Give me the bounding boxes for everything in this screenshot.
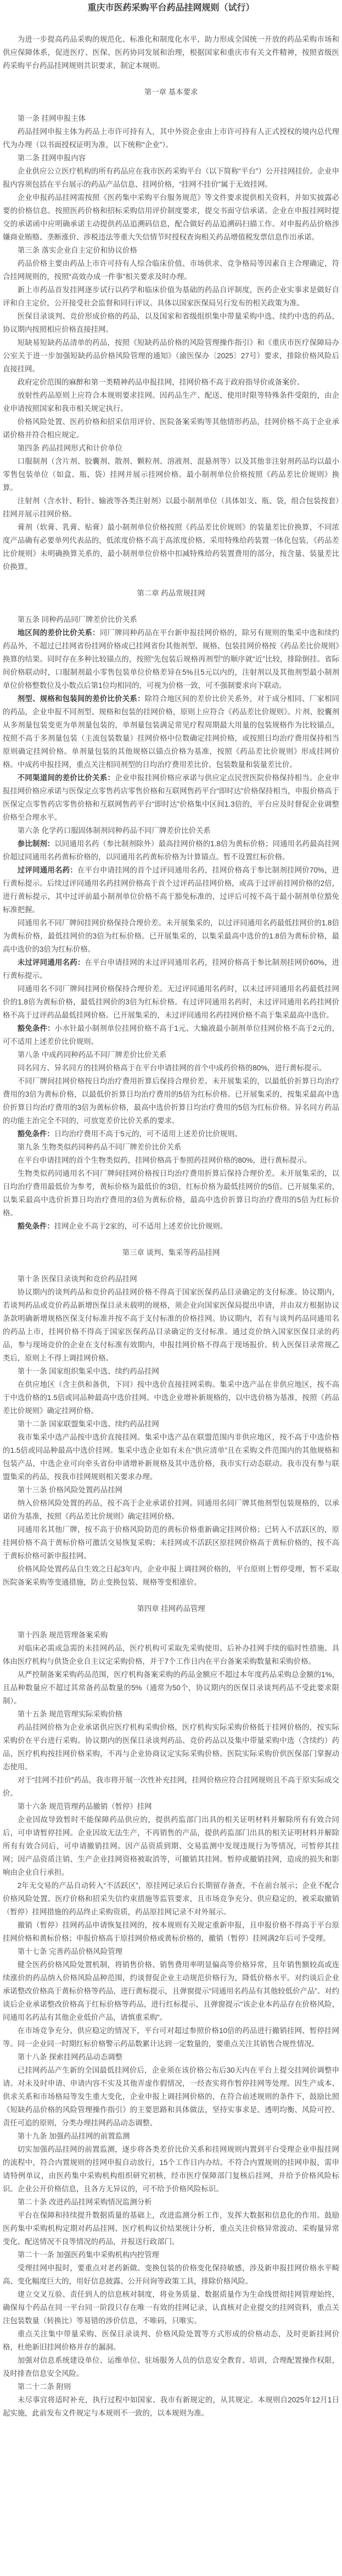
paragraph: 豁免条件：小水针最小制剂单位挂网价格不高于1元、大输液最小制剂单位挂网价格不高于… <box>3 1022 339 1048</box>
paragraph: 同通用名不同厂牌间挂网价格保持合理价差。未开展集采的，以过评同通用名药最低挂网价… <box>3 917 339 956</box>
paragraph: 同名同方、异名同方的挂网价格高于在平台申请挂网的首个中成药价格的80%，进行黄标… <box>3 1062 339 1075</box>
paragraph: 医保目录谈判、竞价形成价格的药品，以及国家和省级组织集中带量采购中选、续约中选的… <box>3 310 339 336</box>
chapter-heading: 第一章 基本要求 <box>3 86 339 99</box>
paragraph: 价格风险处置、医药价格和招采信用评价、医院备案采购等其他情形药品，挂网价格不高于… <box>3 415 339 442</box>
paragraph: 在市场竞争充分、供应稳定的情况下，平台可对超过参照价格10倍的药品进行撤销挂网、… <box>3 2024 339 2051</box>
paragraph-lead: 豁免条件： <box>18 1130 54 1138</box>
paragraph: 政府定价范围的麻醉和第一类精神药品申报挂网，挂网价格不高于政府指导价或备案价。 <box>3 376 339 389</box>
paragraph: 过评同通用名药：在平台申请挂网的首个过评同通用名药，挂网价格高于参比制剂挂网价7… <box>3 864 339 917</box>
paragraph: 地区间的差价比价关系：同厂牌同种药品在平台新申报挂网价格的，除另有规则的集采中选… <box>3 626 339 692</box>
document-body: 为进一步提高药品采购的规范化、标准化和制度化水平，助力形成全国统一开放的药品采购… <box>3 33 339 2420</box>
paragraph: 从严控制备案采购药品范围，医疗机构备案采购的药品金额应不超过本年度药品采购总金额… <box>3 1668 339 1708</box>
paragraph: 我市集采中选产品按中选价直接挂网。集采中选产品在联盟范围内非供应地区，按不高于中… <box>3 1431 339 1484</box>
paragraph: 参比制剂：以同通用名药（参比制剂除外）最高挂网价格的1.8倍为黄标价格；同通用名… <box>3 837 339 864</box>
paragraph: 为进一步提高药品采购的规范化、标准化和制度化水平，助力形成全国统一开放的药品采购… <box>3 33 339 73</box>
paragraph: 撤销（暂停）挂网药品申请恢复挂网的，按本规则有关规定重新申报，且申报价格不得高于… <box>3 1919 339 1945</box>
article-heading: 第二十二条 附则 <box>3 2380 339 2394</box>
paragraph: 健全医药价格风险处置机制，将销售价格、销售费用率明显偏高等价格异常，且年销售额较… <box>3 1958 339 2024</box>
article-heading: 第十六条 规范管理药品撤销（暂停）挂网 <box>3 1800 339 1813</box>
paragraph: 平台在保障和持续提升数据质量的基础上，改进监测分析工作，发挥大数据和信息化的作用… <box>3 2209 339 2249</box>
article-heading: 第八条 中成药同种药品不同厂牌差价比价关系 <box>3 1048 339 1062</box>
document-title: 重庆市医药采购平台药品挂网规则（试行） <box>3 2 339 14</box>
article-heading: 第四条 药品挂网形式和计价单位 <box>3 442 339 455</box>
article-heading: 第五条 同种药品同厂牌差价比价关系 <box>3 613 339 626</box>
paragraph: 协议期内的谈判药品和竞价药品挂网价格不得高于国家医保药品目录确定的支付标准。协议… <box>3 1286 339 1365</box>
paragraph: 未尽事宜将适时补充，执行过程中如国家、我市有新规定的，从其规定。本规则自2025… <box>3 2394 339 2420</box>
paragraph: 已挂网药品产生新的全国最低挂网价后，企业须在该价格公布后30天内在平台上提交挂网… <box>3 2064 339 2130</box>
paragraph: 纳入价格风险处置的药品，按不高于企业承诺价挂网。同通用名同厂牌其他剂型包装规格的… <box>3 1497 339 1523</box>
paragraph-lead: 不同渠道间的差价比价关系： <box>18 774 115 782</box>
paragraph: 注射剂（含水针、粉针、输液等各类注射剂）以最小制剂单位（具体如支、瓶、袋，组合包… <box>3 495 339 521</box>
article-heading: 第六条 化学药口服固体制剂同种药品不同厂牌差价比价关系 <box>3 824 339 837</box>
paragraph: 同通用名其他厂牌，按不高于价格风险防范的黄标价格重新确定挂网价格；已转入不活跃区… <box>3 1523 339 1563</box>
paragraph-lead: 过评同通用名药： <box>18 866 77 874</box>
paragraph: 不同渠道间的差价比价关系：企业申报挂网价格应承诺与供应定点民营医院价格保持相当。… <box>3 771 339 824</box>
paragraph: 未过评同通用名药：在平台申请挂网的未过评同通用名药，挂网价格高于参比制剂挂网价6… <box>3 956 339 982</box>
paragraph: 药品价格主要由药品上市许可持有人综合临床价值、市场供求、竞争格局等因素自主合理确… <box>3 257 339 284</box>
paragraph: 对临床必需或急需的未挂网药品，医疗机构可采取先采购使用、后补办挂网手续的临时性措… <box>3 1642 339 1668</box>
article-heading: 第二十条 改进药品挂网采购情况监测分析 <box>3 2196 339 2209</box>
article-heading: 第二十一条 加强医药集中采购机构内控管理 <box>3 2249 339 2262</box>
article-heading: 第十条 医保目录谈判和竞价药品挂网 <box>3 1273 339 1286</box>
paragraph: 药品挂网申报主体为药品上市许可持有人，其中外资企业由上市许可持有人正式授权的境内… <box>3 125 339 152</box>
article-heading: 第十三条 价格风险处置药品挂网 <box>3 1484 339 1497</box>
document-page: 重庆市医药采购平台药品挂网规则（试行） 为进一步提高药品采购的规范化、标准化和制… <box>0 0 342 2576</box>
paragraph: 在供应地区（含主供和备供，下同）按中选价直接挂网采购。集采中选产品在非供应地区，… <box>3 1378 339 1418</box>
paragraph: 价格风险处置药品自生效之日起3年内，企业申报上调挂网价格的，平台原则上暂停受理，… <box>3 1563 339 1589</box>
paragraph: 口服制剂（含片剂、胶囊剂、散剂、颗粒剂、溶液剂、混悬剂等）以及其他非注射剂药品均… <box>3 455 339 495</box>
article-heading: 第十一条 国家组织集采中选、续约药品挂网 <box>3 1365 339 1378</box>
paragraph: 放射性药品原则上应符合本规则要求挂网。因药品生产、配送、使用时限等特殊条件受限的… <box>3 389 339 415</box>
paragraph: 企业供应公立医疗机构的所有药品应在我市医药采购平台（以下简称“平台”）公开挂网挂… <box>3 165 339 191</box>
paragraph: 膏剂（软膏、乳膏、贴膏）最小制剂单位价格按照《药品差比价规则》的装量差比价换算，… <box>3 521 339 574</box>
paragraph: 加强对信息系统建设单位、运维单位、驻场服务人员的信息安全教育、培训，合理配置操作… <box>3 2354 339 2380</box>
paragraph: 短缺易短缺药品清单的药品，按照《短缺药品价格的风险管理操作指引》和《重庆市医疗保… <box>3 336 339 376</box>
paragraph: 受理挂网申报时，要重点对老药新做、变换包装的价格变化保持敏感，涉及新申报挂网价格… <box>3 2262 339 2288</box>
paragraph: 同通用名不同厂牌间挂网价格保持合理价差。无过评同通用名药时，以未过评同通用名药最… <box>3 982 339 1022</box>
paragraph: 剂型、规格和包装间的差价比价关系：除符合地区间的差价比价关系外，对于成分相同、厂… <box>3 692 339 771</box>
paragraph: 切实加强药品挂网的前置监测，逐步将各类差价比价关系和挂网规则内置到平台受理企业申… <box>3 2143 339 2196</box>
article-heading: 第二条 挂网申报内容 <box>3 152 339 165</box>
paragraph: 不同厂牌间挂网价格按日均治疗费用折算后保持合理价差。未开展集采的，以最低价折算日… <box>3 1075 339 1128</box>
chapter-heading: 第四章 挂网药品管理 <box>3 1602 339 1615</box>
paragraph: 企业因故导致暂时不能保障药品供应的，提供药监部门出具的相关证明材料并解除所有有效… <box>3 1813 339 1879</box>
article-heading: 第九条 生物类似药同种药品不同厂牌差价比价关系 <box>3 1141 339 1154</box>
paragraph-lead: 未过评同通用名药： <box>18 958 85 967</box>
paragraph: 2年无交易的产品自动转入“不活跃区”，原挂网记录后台长期留存备查，不在前台展示；… <box>3 1879 339 1919</box>
paragraph: 重点关注集中带量采购、医保目录谈判、价格风险处置等方式形成的价格动态，及时更新挂… <box>3 2328 339 2354</box>
paragraph: 建立交叉互验、责任到人的信息核对制度，将业务质量、数据质量作为生命线贯彻挂网管理… <box>3 2288 339 2328</box>
paragraph: 新上市药品首发挂网逐步试行以药学和临床价值为基础的药品自评制度，医药企业实事求是… <box>3 284 339 310</box>
paragraph-lead: 豁免条件： <box>18 1222 54 1230</box>
chapter-heading: 第二章 药品常规挂网 <box>3 587 339 600</box>
paragraph-lead: 剂型、规格和包装间的差价比价关系： <box>18 695 145 703</box>
article-heading: 第十八条 探索挂网药品动态调整 <box>3 2051 339 2064</box>
paragraph-lead: 地区间的差价比价关系： <box>18 629 100 637</box>
article-heading: 第十四条 规范管理备案采购 <box>3 1629 339 1642</box>
paragraph: 在平台申请挂网的首个生物类似药，挂网价格高于参照药挂网价格的80%，进行黄标提示… <box>3 1154 339 1167</box>
article-heading: 第十七条 完善药品价格风险管理 <box>3 1945 339 1958</box>
article-heading: 第十九条 加强药品挂网的前置监测 <box>3 2130 339 2143</box>
paragraph-lead: 参比制剂： <box>18 840 55 848</box>
paragraph-lead: 豁免条件： <box>18 1024 55 1032</box>
paragraph: 对于“挂网不挂价”药品，我市将开展一次性补充挂网，挂网价格应符合挂网规则且不高于… <box>3 1774 339 1800</box>
paragraph: 企业申报药品挂网需按照《医药集中采购平台服务规范》等文件要求提供相关资料，并如实… <box>3 191 339 244</box>
article-heading: 第十五条 规范管理实际采购价格 <box>3 1708 339 1721</box>
paragraph: 药品挂网价格为企业承诺供应医疗机构采购价格，医疗机构实际采购价格低于挂网价格的，… <box>3 1721 339 1774</box>
paragraph: 豁免条件：日均治疗费用不高于5元的，可不适用上述差价比价规则。 <box>3 1128 339 1141</box>
chapter-heading: 第三章 谈判、集采等药品挂网 <box>3 1246 339 1259</box>
paragraph: 豁免条件：挂网企业不高于2家的，可不适用上述差价比价规则。 <box>3 1220 339 1233</box>
paragraph: 生物类似药同通用名不同厂牌间挂网价格按日均治疗费用折算后保持合理价差。未开展集采… <box>3 1167 339 1220</box>
article-heading: 第三条 落实企业自主定价和协议价格 <box>3 244 339 257</box>
article-heading: 第十二条 国家联盟集采中选、续约药品挂网 <box>3 1418 339 1431</box>
article-heading: 第一条 挂网申报主体 <box>3 112 339 125</box>
